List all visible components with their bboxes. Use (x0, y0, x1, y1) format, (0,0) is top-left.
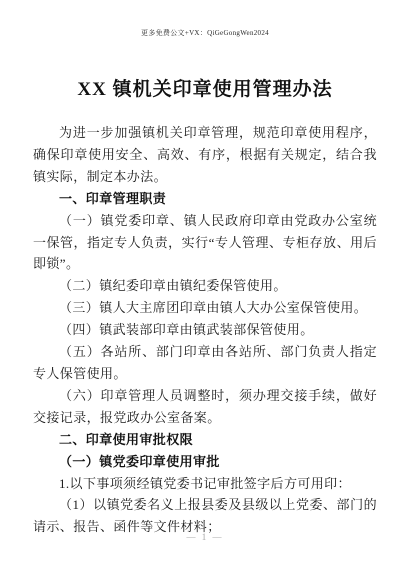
paragraph-item-6: （六）印章管理人员调整时，须办理交接手续，做好交接记录，报党政办公室备案。 (33, 385, 377, 429)
section-heading-1: 一、印章管理职责 (33, 188, 377, 210)
header-watermark-text: 更多免费公文+VX：QiGeGongWen2024 (0, 28, 410, 38)
subsection-heading-2-1: （一）镇党委印章使用审批 (33, 451, 377, 473)
paragraph-intro: 为进一步加强镇机关印章管理，规范印章使用程序，确保印章使用安全、高效、有序，根据… (33, 122, 377, 188)
paragraph-numbered-1: 1.以下事项须经镇党委书记审批签字后方可用印： (33, 473, 377, 495)
document-body: 为进一步加强镇机关印章管理，规范印章使用程序，确保印章使用安全、高效、有序，根据… (33, 122, 377, 538)
paragraph-item-3: （三）镇人大主席团印章由镇人大办公室保管使用。 (33, 297, 377, 319)
document-page: 更多免费公文+VX：QiGeGongWen2024 XX 镇机关印章使用管理办法… (0, 0, 410, 580)
page-number: — 1 — (0, 532, 410, 542)
section-heading-2: 二、印章使用审批权限 (33, 429, 377, 451)
document-title: XX 镇机关印章使用管理办法 (0, 78, 410, 102)
paragraph-item-2: （二）镇纪委印章由镇纪委保管使用。 (33, 275, 377, 297)
paragraph-item-1: （一）镇党委印章、镇人民政府印章由党政办公室统一保管，指定专人负责，实行“专人管… (33, 210, 377, 276)
paragraph-item-5: （五）各站所、部门印章由各站所、部门负责人指定专人保管使用。 (33, 341, 377, 385)
paragraph-item-4: （四）镇武装部印章由镇武装部保管使用。 (33, 319, 377, 341)
